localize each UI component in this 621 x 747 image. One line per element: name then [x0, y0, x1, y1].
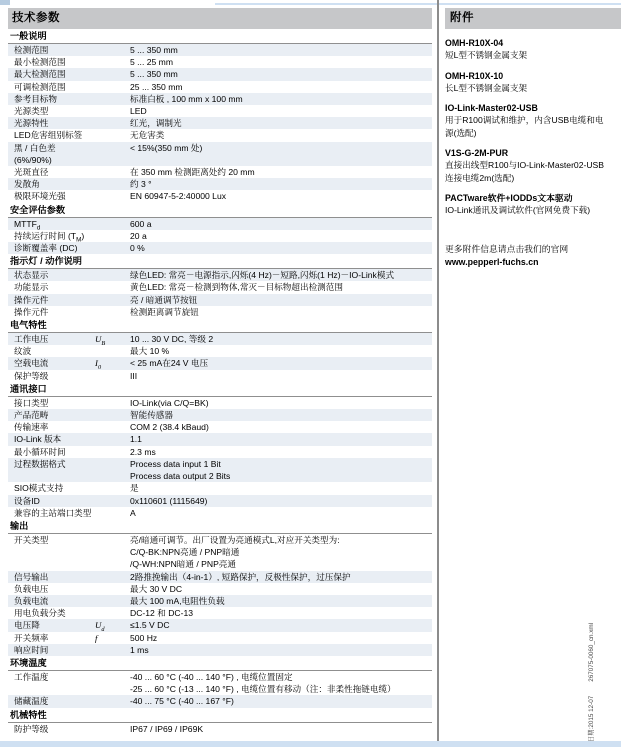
spec-label: 传输速率	[8, 421, 95, 433]
spec-value: 500 Hz	[130, 632, 432, 644]
spec-value: 在 350 mm 检测距离处约 20 mm	[130, 166, 432, 178]
accessories-panel: 附件 OMH-R10X-04短L型不锈钢金属支架OMH-R10X-10长L型不锈…	[445, 8, 621, 269]
spec-row: 诊断覆盖率 (DC)0 %	[8, 242, 432, 254]
spec-row: 储藏温度-40 ... 75 °C (-40 ... 167 °F)	[8, 695, 432, 707]
accessory-name: OMH-R10X-10	[445, 70, 621, 82]
accessories-title: 附件	[445, 8, 621, 29]
spec-label: 状态显示	[8, 269, 95, 281]
spec-symbol: f	[95, 632, 130, 644]
spec-row: 纹波最大 10 %	[8, 345, 432, 357]
section-header: 环境温度	[8, 656, 432, 671]
accessory-description: 直接出线型R100与IO-Link-Master02-USB	[445, 159, 621, 171]
spec-value: < 25 mA在24 V 电压	[130, 357, 432, 369]
spec-value: IP67 / IP69 / IP69K	[130, 723, 432, 735]
spec-value: -40 ... 60 °C (-40 ... 140 °F) , 电缆位置固定-…	[130, 671, 432, 695]
spec-value: -40 ... 75 °C (-40 ... 167 °F)	[130, 695, 432, 707]
spec-row: 最小循环时间2.3 ms	[8, 446, 432, 458]
spec-label: 设备ID	[8, 495, 95, 507]
accessory-description: 用于R100调试和维护，内含USB电缆和电	[445, 114, 621, 126]
spec-label: 用电负载分类	[8, 607, 95, 619]
spec-label: 工作电压	[8, 333, 95, 345]
spec-label: 检测范围	[8, 44, 95, 56]
spec-label: 最小循环时间	[8, 446, 95, 458]
spec-label: 响应时间	[8, 644, 95, 656]
spec-label: 工作温度	[8, 671, 95, 683]
spec-value: 最大 30 V DC	[130, 583, 432, 595]
section-header: 安全评估参数	[8, 203, 432, 218]
spec-label: 防护等级	[8, 723, 95, 735]
spec-row: 开关频率f500 Hz	[8, 632, 432, 644]
spec-value: 600 a	[130, 218, 432, 230]
spec-row: 光源类型LED	[8, 105, 432, 117]
spec-value: 25 ... 350 mm	[130, 81, 432, 93]
spec-row: 最小检测范围5 ... 25 mm	[8, 56, 432, 68]
document-footer-vertical: 日期:2015 12-07267075-0060_cn.xml	[586, 597, 595, 742]
spec-row: 发散角约 3 °	[8, 178, 432, 190]
section-header: 指示灯 / 动作说明	[8, 254, 432, 269]
accessory-name: IO-Link-Master02-USB	[445, 102, 621, 114]
spec-value: IO-Link(via C/Q=BK)	[130, 397, 432, 409]
spec-label: 开关频率	[8, 632, 95, 644]
spec-label: 储藏温度	[8, 695, 95, 707]
spec-label: 电压降	[8, 619, 95, 631]
spec-label: 空载电流	[8, 357, 95, 369]
spec-value: 黄色LED: 常亮－检测到物体,常灭－目标物超出检测范围	[130, 281, 432, 293]
spec-row: 用电负载分类DC-12 和 DC-13	[8, 607, 432, 619]
spec-row: 信号输出2路推挽输出（4-in-1）, 短路保护，反极性保护，过压保护	[8, 571, 432, 583]
tech-params-panel: 技术参数 一般说明检测范围5 ... 350 mm最小检测范围5 ... 25 …	[8, 8, 432, 735]
spec-row: 开关类型亮/暗通可调节。出厂设置为亮通模式L,对应开关类型为:C/Q-BK:NP…	[8, 534, 432, 571]
spec-value: 无危害类	[130, 129, 432, 141]
spec-label: IO-Link 版本	[8, 433, 95, 445]
spec-row: 兼容的主站端口类型A	[8, 507, 432, 519]
spec-label: 信号输出	[8, 571, 95, 583]
accessory-item: OMH-R10X-10长L型不锈钢金属支架	[445, 70, 621, 95]
spec-value: LED	[130, 105, 432, 117]
spec-row: 产品范畴智能传感器	[8, 409, 432, 421]
spec-value: A	[130, 507, 432, 519]
accessory-description: IO-Link通讯及调试软件(官网免费下载)	[445, 204, 621, 216]
bottom-accent-bar	[0, 741, 621, 747]
spec-row: 负载电流最大 100 mA,电阻性负载	[8, 595, 432, 607]
spec-row: 功能显示黄色LED: 常亮－检测到物体,常灭－目标物超出检测范围	[8, 281, 432, 293]
spec-label: 操作元件	[8, 306, 95, 318]
spec-row: 防护等级IP67 / IP69 / IP69K	[8, 723, 432, 735]
spec-symbol: UB	[95, 333, 130, 345]
spec-value: III	[130, 370, 432, 382]
top-left-accent	[0, 0, 10, 5]
spec-label: 光源类型	[8, 105, 95, 117]
spec-label: 兼容的主站端口类型	[8, 507, 95, 519]
spec-label: 产品范畴	[8, 409, 95, 421]
spec-value: 是	[130, 482, 432, 494]
spec-value: 1.1	[130, 433, 432, 445]
spec-label: 保护等级	[8, 370, 95, 382]
spec-row: 空载电流I0< 25 mA在24 V 电压	[8, 357, 432, 369]
spec-table: 一般说明检测范围5 ... 350 mm最小检测范围5 ... 25 mm最大检…	[8, 29, 432, 735]
spec-symbol: I0	[95, 357, 130, 369]
document-id: 267075-0060_cn.xml	[588, 623, 595, 682]
spec-label: 可调检测范围	[8, 81, 95, 93]
spec-label: 极限环境光强	[8, 190, 95, 202]
spec-value: 5 ... 25 mm	[130, 56, 432, 68]
accessory-description: 长L型不锈钢金属支架	[445, 82, 621, 94]
spec-value: COM 2 (38.4 kBaud)	[130, 421, 432, 433]
section-header: 电气特性	[8, 318, 432, 333]
spec-row: 持续运行时间 (TM)20 a	[8, 230, 432, 242]
spec-label: 最大检测范围	[8, 68, 95, 80]
spec-value: 最大 100 mA,电阻性负载	[130, 595, 432, 607]
spec-row: 负载电压最大 30 V DC	[8, 583, 432, 595]
spec-row: 工作电压UB10 ... 30 V DC, 等级 2	[8, 333, 432, 345]
accessory-item: IO-Link-Master02-USB用于R100调试和维护，内含USB电缆和…	[445, 102, 621, 139]
datasheet-page: 技术参数 一般说明检测范围5 ... 350 mm最小检测范围5 ... 25 …	[0, 0, 621, 747]
tech-params-title: 技术参数	[8, 8, 432, 29]
accessory-description: 源(选配)	[445, 127, 621, 139]
spec-value: 0x110601 (1115649)	[130, 495, 432, 507]
spec-value: DC-12 和 DC-13	[130, 607, 432, 619]
spec-row: 接口类型IO-Link(via C/Q=BK)	[8, 397, 432, 409]
section-header: 输出	[8, 519, 432, 534]
section-header: 机械特性	[8, 708, 432, 723]
spec-value: 亮 / 暗通调节按钮	[130, 294, 432, 306]
spec-value: 5 ... 350 mm	[130, 44, 432, 56]
spec-value: 智能传感器	[130, 409, 432, 421]
accessory-item: OMH-R10X-04短L型不锈钢金属支架	[445, 37, 621, 62]
spec-row: 黑 / 白色差 (6%/90%)< 15%(350 mm 处)	[8, 142, 432, 166]
spec-label: 过程数据格式	[8, 458, 95, 470]
accessory-item: V1S-G-2M-PUR直接出线型R100与IO-Link-Master02-U…	[445, 147, 621, 184]
spec-value: 标准白板 , 100 mm x 100 mm	[130, 93, 432, 105]
spec-row: 可调检测范围25 ... 350 mm	[8, 81, 432, 93]
spec-value: 20 a	[130, 230, 432, 242]
spec-label: 操作元件	[8, 294, 95, 306]
accessory-name: OMH-R10X-04	[445, 37, 621, 49]
spec-label: 接口类型	[8, 397, 95, 409]
spec-value: 检测距离调节旋钮	[130, 306, 432, 318]
spec-value: EN 60947-5-2:40000 Lux	[130, 190, 432, 202]
spec-row: 状态显示绿色LED: 常亮－电源指示,闪烁(4 Hz)－短路,闪烁(1 Hz)－…	[8, 269, 432, 281]
top-accent-line	[215, 3, 621, 5]
spec-label: SIO模式支持	[8, 482, 95, 494]
spec-value: 10 ... 30 V DC, 等级 2	[130, 333, 432, 345]
spec-label: 负载电压	[8, 583, 95, 595]
accessory-name: PACTware软件+IODDs文本驱动	[445, 192, 621, 204]
spec-label: 诊断覆盖率 (DC)	[8, 242, 95, 254]
spec-row: 光斑直径在 350 mm 检测距离处约 20 mm	[8, 166, 432, 178]
accessory-description: 短L型不锈钢金属支架	[445, 49, 621, 61]
spec-symbol: Ud	[95, 619, 130, 631]
spec-label: 光源特性	[8, 117, 95, 129]
spec-value: ≤1.5 V DC	[130, 619, 432, 631]
spec-value: 1 ms	[130, 644, 432, 656]
section-header: 一般说明	[8, 29, 432, 44]
spec-label: 纹波	[8, 345, 95, 357]
spec-row: 传输速率COM 2 (38.4 kBaud)	[8, 421, 432, 433]
spec-label: 开关类型	[8, 534, 95, 546]
website-link[interactable]: www.pepperl-fuchs.cn	[445, 256, 621, 269]
spec-label: LED危害组别标签	[8, 129, 95, 141]
spec-label: 参考目标物	[8, 93, 95, 105]
spec-row: 保护等级III	[8, 370, 432, 382]
spec-row: 响应时间1 ms	[8, 644, 432, 656]
spec-value: 2.3 ms	[130, 446, 432, 458]
spec-label: MTTFd	[8, 218, 95, 230]
spec-row: 检测范围5 ... 350 mm	[8, 44, 432, 56]
spec-row: 最大检测范围5 ... 350 mm	[8, 68, 432, 80]
spec-row: 操作元件亮 / 暗通调节按钮	[8, 294, 432, 306]
spec-label: 发散角	[8, 178, 95, 190]
spec-row: LED危害组别标签无危害类	[8, 129, 432, 141]
spec-value: 红光，调制光	[130, 117, 432, 129]
spec-value: 5 ... 350 mm	[130, 68, 432, 80]
spec-row: 光源特性红光，调制光	[8, 117, 432, 129]
spec-row: 极限环境光强EN 60947-5-2:40000 Lux	[8, 190, 432, 202]
spec-value: 亮/暗通可调节。出厂设置为亮通模式L,对应开关类型为:C/Q-BK:NPN亮通 …	[130, 534, 432, 571]
spec-row: SIO模式支持是	[8, 482, 432, 494]
spec-value: 2路推挽输出（4-in-1）, 短路保护，反极性保护，过压保护	[130, 571, 432, 583]
spec-label: 最小检测范围	[8, 56, 95, 68]
section-header: 通讯接口	[8, 382, 432, 397]
spec-label: 功能显示	[8, 281, 95, 293]
spec-label: 黑 / 白色差 (6%/90%)	[8, 142, 95, 166]
spec-value: Process data input 1 BitProcess data out…	[130, 458, 432, 482]
spec-value: 约 3 °	[130, 178, 432, 190]
spec-value: 0 %	[130, 242, 432, 254]
accessories-list: OMH-R10X-04短L型不锈钢金属支架OMH-R10X-10长L型不锈钢金属…	[445, 37, 621, 217]
column-divider	[437, 0, 439, 747]
spec-value: 绿色LED: 常亮－电源指示,闪烁(4 Hz)－短路,闪烁(1 Hz)－IO-L…	[130, 269, 432, 281]
spec-row: 过程数据格式Process data input 1 BitProcess da…	[8, 458, 432, 482]
spec-label: 持续运行时间 (TM)	[8, 230, 95, 242]
spec-value: < 15%(350 mm 处)	[130, 142, 432, 154]
spec-label: 负载电流	[8, 595, 95, 607]
spec-value: 最大 10 %	[130, 345, 432, 357]
spec-label: 光斑直径	[8, 166, 95, 178]
accessory-name: V1S-G-2M-PUR	[445, 147, 621, 159]
spec-row: 操作元件检测距离调节旋钮	[8, 306, 432, 318]
issue-date: 日期:2015 12-07	[588, 696, 595, 742]
spec-row: IO-Link 版本1.1	[8, 433, 432, 445]
spec-row: 参考目标物标准白板 , 100 mm x 100 mm	[8, 93, 432, 105]
accessory-description: 连接电缆2m(选配)	[445, 172, 621, 184]
spec-row: 设备ID0x110601 (1115649)	[8, 495, 432, 507]
more-info-note: 更多附件信息请点击我们的官网	[445, 243, 621, 256]
spec-row: 工作温度-40 ... 60 °C (-40 ... 140 °F) , 电缆位…	[8, 671, 432, 695]
accessory-item: PACTware软件+IODDs文本驱动IO-Link通讯及调试软件(官网免费下…	[445, 192, 621, 217]
spec-row: MTTFd600 a	[8, 218, 432, 230]
spec-row: 电压降Ud≤1.5 V DC	[8, 619, 432, 631]
